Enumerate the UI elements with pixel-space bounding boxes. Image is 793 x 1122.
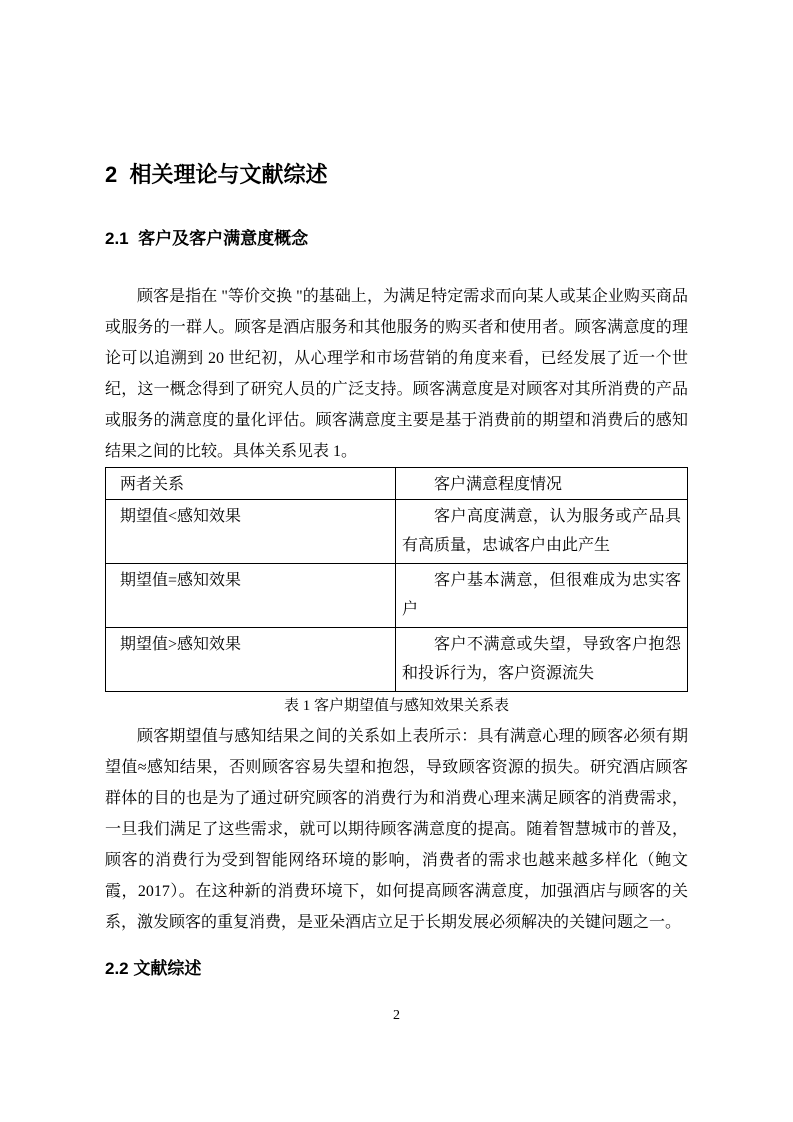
table-header-row: 两者关系 客户满意程度情况 xyxy=(106,468,688,500)
table-cell-satisfaction: 客户不满意或失望，导致客户抱怨和投诉行为，客户资源流失 xyxy=(396,628,688,692)
table-cell-relation: 期望值>感知效果 xyxy=(106,628,396,692)
table-header-satisfaction: 客户满意程度情况 xyxy=(396,468,688,500)
chapter-heading: 2 相关理论与文献综述 xyxy=(105,160,688,190)
table-cell-satisfaction: 客户高度满意，认为服务或产品具有高质量，忠诚客户由此产生 xyxy=(396,500,688,564)
section-heading-literature-review: 2.2 文献综述 xyxy=(105,956,688,982)
paragraph-customer-definition: 顾客是指在 "等价交换 "的基础上，为满足特定需求而向某人或某企业购买商品或服务… xyxy=(105,281,688,467)
table-header-relation: 两者关系 xyxy=(106,468,396,500)
table-caption: 表 1 客户期望值与感知效果关系表 xyxy=(105,692,688,721)
table-row: 期望值>感知效果 客户不满意或失望，导致客户抱怨和投诉行为，客户资源流失 xyxy=(106,628,688,692)
paragraph-expectation-analysis: 顾客期望值与感知结果之间的关系如上表所示：具有满意心理的顾客必须有期望值≈感知结… xyxy=(105,721,688,938)
table-cell-relation: 期望值<感知效果 xyxy=(106,500,396,564)
table-row: 期望值<感知效果 客户高度满意，认为服务或产品具有高质量，忠诚客户由此产生 xyxy=(106,500,688,564)
table-row: 期望值=感知效果 客户基本满意，但很难成为忠实客户 xyxy=(106,564,688,628)
document-page: 2 相关理论与文献综述 2.1 客户及客户满意度概念 顾客是指在 "等价交换 "… xyxy=(0,0,793,1122)
table-cell-relation: 期望值=感知效果 xyxy=(106,564,396,628)
expectation-perception-table: 两者关系 客户满意程度情况 期望值<感知效果 客户高度满意，认为服务或产品具有高… xyxy=(105,467,688,692)
table-cell-satisfaction: 客户基本满意，但很难成为忠实客户 xyxy=(396,564,688,628)
section-heading-customer-satisfaction-concept: 2.1 客户及客户满意度概念 xyxy=(105,226,688,252)
page-number: 2 xyxy=(105,1006,688,1025)
